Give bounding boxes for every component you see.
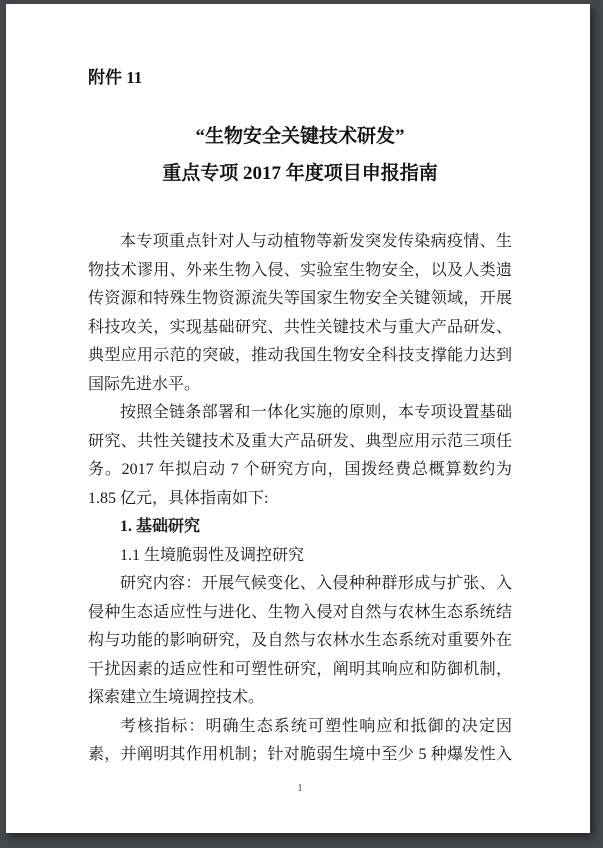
paragraph-line: 国际先进水平。 — [88, 371, 512, 400]
paragraph-line: 研究、共性关键技术及重大产品研发、典型应用示范三项任 — [88, 428, 512, 457]
paragraph-line: 传资源和特殊生物资源流失等国家生物安全关键领域，开展 — [88, 285, 512, 314]
paragraph-line: 1.85 亿元，具体指南如下: — [88, 485, 512, 514]
document-page: 附件 11 “生物安全关键技术研发” 重点专项 2017 年度项目申报指南 本专… — [6, 4, 590, 833]
paragraph-line: 科技攻关，实现基础研究、共性关键技术与重大产品研发、 — [88, 314, 512, 343]
paragraph-line: 典型应用示范的突破，推动我国生物安全科技支撑能力达到 — [88, 342, 512, 371]
document-title: “生物安全关键技术研发” 重点专项 2017 年度项目申报指南 — [88, 118, 512, 192]
paragraph-line: 探索建立生境调控技术。 — [88, 684, 512, 713]
document-body: 本专项重点针对人与动植物等新发突发传染病疫情、生 物技术谬用、外来生物入侵、实验… — [88, 228, 512, 770]
paragraph-line: 本专项重点针对人与动植物等新发突发传染病疫情、生 — [88, 228, 512, 257]
page-number: 1 — [88, 783, 512, 795]
document-title-line2: 重点专项 2017 年度项目申报指南 — [88, 155, 512, 192]
subsection-heading: 1.1 生境脆弱性及调控研究 — [88, 542, 512, 571]
paragraph-line: 考核指标：明确生态系统可塑性响应和抵御的决定因 — [88, 713, 512, 742]
paragraph-line: 侵种生态适应性与进化、生物入侵对自然与农林生态系统结 — [88, 599, 512, 628]
paragraph-line: 研究内容：开展气候变化、入侵种种群形成与扩张、入 — [88, 570, 512, 599]
paragraph-line: 干扰因素的适应性和可塑性研究，阐明其响应和防御机制， — [88, 656, 512, 685]
paragraph-line: 按照全链条部署和一体化实施的原则，本专项设置基础 — [88, 399, 512, 428]
paragraph-line: 物技术谬用、外来生物入侵、实验室生物安全，以及人类遗 — [88, 257, 512, 286]
paragraph-line: 构与功能的影响研究，及自然与农林水生态系统对重要外在 — [88, 627, 512, 656]
document-title-line1: “生物安全关键技术研发” — [88, 118, 512, 155]
document-viewer-background: 附件 11 “生物安全关键技术研发” 重点专项 2017 年度项目申报指南 本专… — [0, 0, 603, 848]
page-content: 附件 11 “生物安全关键技术研发” 重点专项 2017 年度项目申报指南 本专… — [88, 4, 512, 770]
section-heading: 1. 基础研究 — [88, 513, 512, 542]
paragraph-line: 务。2017 年拟启动 7 个研究方向，国拨经费总概算数约为 — [88, 456, 512, 485]
paragraph-line: 素，并阐明其作用机制；针对脆弱生境中至少 5 种爆发性入 — [88, 741, 512, 770]
attachment-label: 附件 11 — [88, 66, 512, 90]
